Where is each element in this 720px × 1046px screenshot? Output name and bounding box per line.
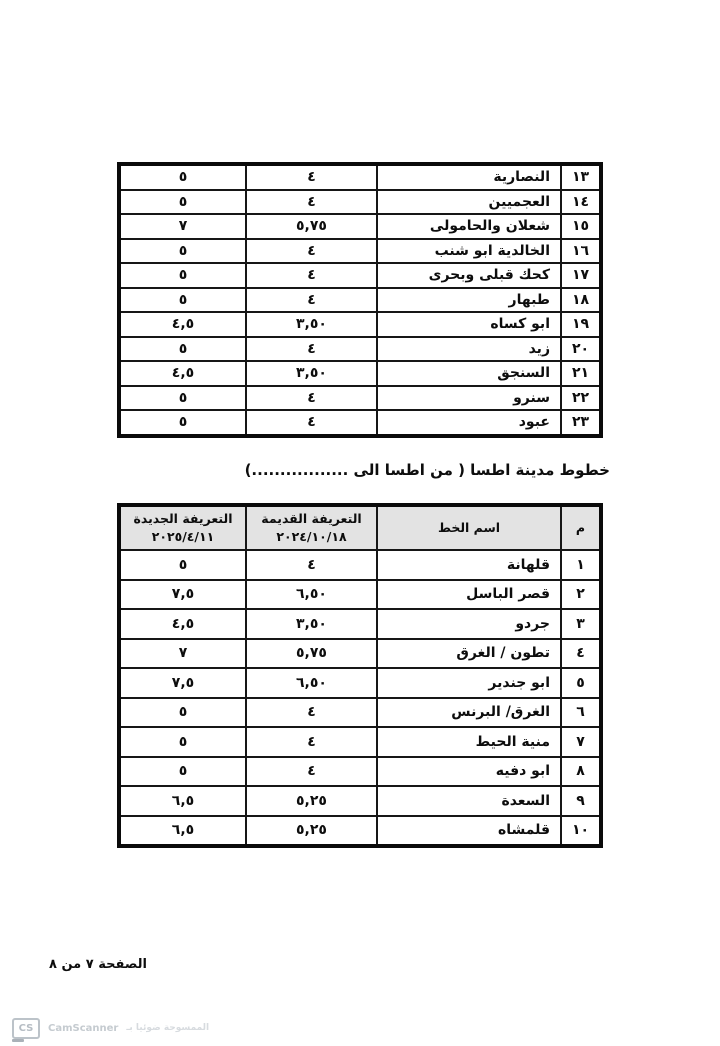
table-row: ٢١ السنجق ٣,٥٠ ٤,٥ xyxy=(119,361,601,386)
row-number: ١٣ xyxy=(561,164,601,190)
old-tariff-value: ٣,٥٠ xyxy=(246,609,377,639)
table-row: ١٧ كحك قبلى وبحرى ٤ ٥ xyxy=(119,263,601,288)
line-name: السنجق xyxy=(377,361,561,386)
row-number: ٣ xyxy=(561,609,601,639)
row-number: ١٠ xyxy=(561,816,601,847)
section-title: خطوط مدينة اطسا ( من اطسا الى ..........… xyxy=(245,461,610,479)
new-tariff-value: ٦,٥ xyxy=(119,816,246,847)
old-tariff-value: ٤ xyxy=(246,164,377,190)
table-row: ١٣ النصارية ٤ ٥ xyxy=(119,164,601,190)
line-name: السعدة xyxy=(377,786,561,816)
row-number: ٨ xyxy=(561,757,601,787)
row-number: ٢ xyxy=(561,580,601,610)
new-tariff-value: ٥ xyxy=(119,757,246,787)
column-header-number: م xyxy=(561,505,601,550)
line-name: كحك قبلى وبحرى xyxy=(377,263,561,288)
line-name: الخالدية ابو شنب xyxy=(377,239,561,264)
new-tariff-value: ٧,٥ xyxy=(119,668,246,698)
old-tariff-value: ٦,٥٠ xyxy=(246,668,377,698)
table-row: ٧ منية الحيط ٤ ٥ xyxy=(119,727,601,757)
table-row: ٨ ابو دفيه ٤ ٥ xyxy=(119,757,601,787)
new-tariff-value: ٦,٥ xyxy=(119,786,246,816)
line-name: قصر الباسل xyxy=(377,580,561,610)
new-tariff-value: ٥ xyxy=(119,263,246,288)
row-number: ١٨ xyxy=(561,288,601,313)
old-tariff-value: ٤ xyxy=(246,263,377,288)
old-tariff-value: ٤ xyxy=(246,337,377,362)
table-row: ١٩ ابو كساه ٣,٥٠ ٤,٥ xyxy=(119,312,601,337)
row-number: ٧ xyxy=(561,727,601,757)
line-name: ابو كساه xyxy=(377,312,561,337)
old-tariff-date: ٢٠٢٤/١٠/١٨ xyxy=(247,528,376,546)
table-row: ١٤ العجميين ٤ ٥ xyxy=(119,190,601,215)
table-row: ١٨ طبهار ٤ ٥ xyxy=(119,288,601,313)
scanned-document-page: ١٣ النصارية ٤ ٥ ١٤ العجميين ٤ ٥ ١٥ شعلان… xyxy=(0,0,720,1046)
line-name: منية الحيط xyxy=(377,727,561,757)
column-header-new-tariff: التعريفة الجديدة ٢٠٢٥/٤/١١ xyxy=(119,505,246,550)
old-tariff-value: ٤ xyxy=(246,698,377,728)
row-number: ٤ xyxy=(561,639,601,669)
table-row: ١٠ قلمشاه ٥,٢٥ ٦,٥ xyxy=(119,816,601,847)
old-tariff-value: ٥,٧٥ xyxy=(246,214,377,239)
page-number: الصفحة ٧ من ٨ xyxy=(49,957,147,972)
new-tariff-value: ٥ xyxy=(119,288,246,313)
line-name: الغرق/ البرنس xyxy=(377,698,561,728)
new-tariff-value: ٥ xyxy=(119,386,246,411)
line-name: العجميين xyxy=(377,190,561,215)
new-tariff-value: ٥ xyxy=(119,164,246,190)
new-tariff-value: ٧ xyxy=(119,639,246,669)
line-name: سنرو xyxy=(377,386,561,411)
old-tariff-value: ٤ xyxy=(246,386,377,411)
table-row: ٣ جردو ٣,٥٠ ٤,٥ xyxy=(119,609,601,639)
table-row: ١٦ الخالدية ابو شنب ٤ ٥ xyxy=(119,239,601,264)
camscanner-brand-label: CamScanner xyxy=(48,1023,118,1034)
new-tariff-value: ٥ xyxy=(119,410,246,436)
old-tariff-value: ٤ xyxy=(246,288,377,313)
old-tariff-value: ٤ xyxy=(246,757,377,787)
line-name: ابو دفيه xyxy=(377,757,561,787)
new-tariff-title: التعريفة الجديدة xyxy=(121,510,245,528)
old-tariff-value: ٤ xyxy=(246,727,377,757)
line-name: قلهانة xyxy=(377,550,561,580)
row-number: ٩ xyxy=(561,786,601,816)
old-tariff-title: التعريفة القديمة xyxy=(247,510,376,528)
line-name: تطون / الغرق xyxy=(377,639,561,669)
new-tariff-value: ٥ xyxy=(119,550,246,580)
line-name: جردو xyxy=(377,609,561,639)
table-row: ١ قلهانة ٤ ٥ xyxy=(119,550,601,580)
new-tariff-value: ٤,٥ xyxy=(119,312,246,337)
column-header-line-name: اسم الخط xyxy=(377,505,561,550)
old-tariff-value: ٥,٢٥ xyxy=(246,816,377,847)
line-name: زيد xyxy=(377,337,561,362)
row-number: ٥ xyxy=(561,668,601,698)
camscanner-watermark: CS CamScanner الممسوحة ضوئيا بـ xyxy=(12,1014,209,1042)
old-tariff-value: ٤ xyxy=(246,190,377,215)
row-number: ١٧ xyxy=(561,263,601,288)
line-name: ابو جندير xyxy=(377,668,561,698)
row-number: ١٩ xyxy=(561,312,601,337)
new-tariff-value: ٥ xyxy=(119,698,246,728)
table-row: ٢ قصر الباسل ٦,٥٠ ٧,٥ xyxy=(119,580,601,610)
new-tariff-value: ٥ xyxy=(119,337,246,362)
camscanner-logo-icon: CS xyxy=(12,1018,40,1039)
new-tariff-value: ٥ xyxy=(119,239,246,264)
old-tariff-value: ٤ xyxy=(246,410,377,436)
row-number: ١٤ xyxy=(561,190,601,215)
old-tariff-value: ٣,٥٠ xyxy=(246,312,377,337)
line-name: شعلان والحامولى xyxy=(377,214,561,239)
line-name: قلمشاه xyxy=(377,816,561,847)
old-tariff-value: ٤ xyxy=(246,239,377,264)
table-row: ٩ السعدة ٥,٢٥ ٦,٥ xyxy=(119,786,601,816)
table-row: ٥ ابو جندير ٦,٥٠ ٧,٥ xyxy=(119,668,601,698)
row-number: ٢٢ xyxy=(561,386,601,411)
table-row: ٦ الغرق/ البرنس ٤ ٥ xyxy=(119,698,601,728)
old-tariff-value: ٥,٧٥ xyxy=(246,639,377,669)
camscanner-logo-text: CS xyxy=(19,1023,34,1034)
row-number: ٦ xyxy=(561,698,601,728)
table-row: ١٥ شعلان والحامولى ٥,٧٥ ٧ xyxy=(119,214,601,239)
new-tariff-value: ٧ xyxy=(119,214,246,239)
old-tariff-value: ٤ xyxy=(246,550,377,580)
line-name: النصارية xyxy=(377,164,561,190)
row-number: ١ xyxy=(561,550,601,580)
new-tariff-value: ٥ xyxy=(119,190,246,215)
old-tariff-value: ٣,٥٠ xyxy=(246,361,377,386)
old-tariff-value: ٥,٢٥ xyxy=(246,786,377,816)
camscanner-caption: الممسوحة ضوئيا بـ xyxy=(126,1023,209,1033)
table-row: ٢٣ عبود ٤ ٥ xyxy=(119,410,601,436)
row-number: ٢١ xyxy=(561,361,601,386)
table-row: ٤ تطون / الغرق ٥,٧٥ ٧ xyxy=(119,639,601,669)
row-number: ٢٠ xyxy=(561,337,601,362)
new-tariff-value: ٧,٥ xyxy=(119,580,246,610)
table-row: ٢٠ زيد ٤ ٥ xyxy=(119,337,601,362)
new-tariff-date: ٢٠٢٥/٤/١١ xyxy=(121,528,245,546)
row-number: ١٦ xyxy=(561,239,601,264)
table-row: ٢٢ سنرو ٤ ٥ xyxy=(119,386,601,411)
column-header-old-tariff: التعريفة القديمة ٢٠٢٤/١٠/١٨ xyxy=(246,505,377,550)
new-tariff-value: ٤,٥ xyxy=(119,361,246,386)
line-name: طبهار xyxy=(377,288,561,313)
table-header-row: م اسم الخط التعريفة القديمة ٢٠٢٤/١٠/١٨ ا… xyxy=(119,505,601,550)
itsa-city-lines-table: م اسم الخط التعريفة القديمة ٢٠٢٤/١٠/١٨ ا… xyxy=(117,503,603,848)
row-number: ١٥ xyxy=(561,214,601,239)
new-tariff-value: ٤,٥ xyxy=(119,609,246,639)
row-number: ٢٣ xyxy=(561,410,601,436)
line-name: عبود xyxy=(377,410,561,436)
new-tariff-value: ٥ xyxy=(119,727,246,757)
tariff-table-continued: ١٣ النصارية ٤ ٥ ١٤ العجميين ٤ ٥ ١٥ شعلان… xyxy=(117,162,603,438)
old-tariff-value: ٦,٥٠ xyxy=(246,580,377,610)
